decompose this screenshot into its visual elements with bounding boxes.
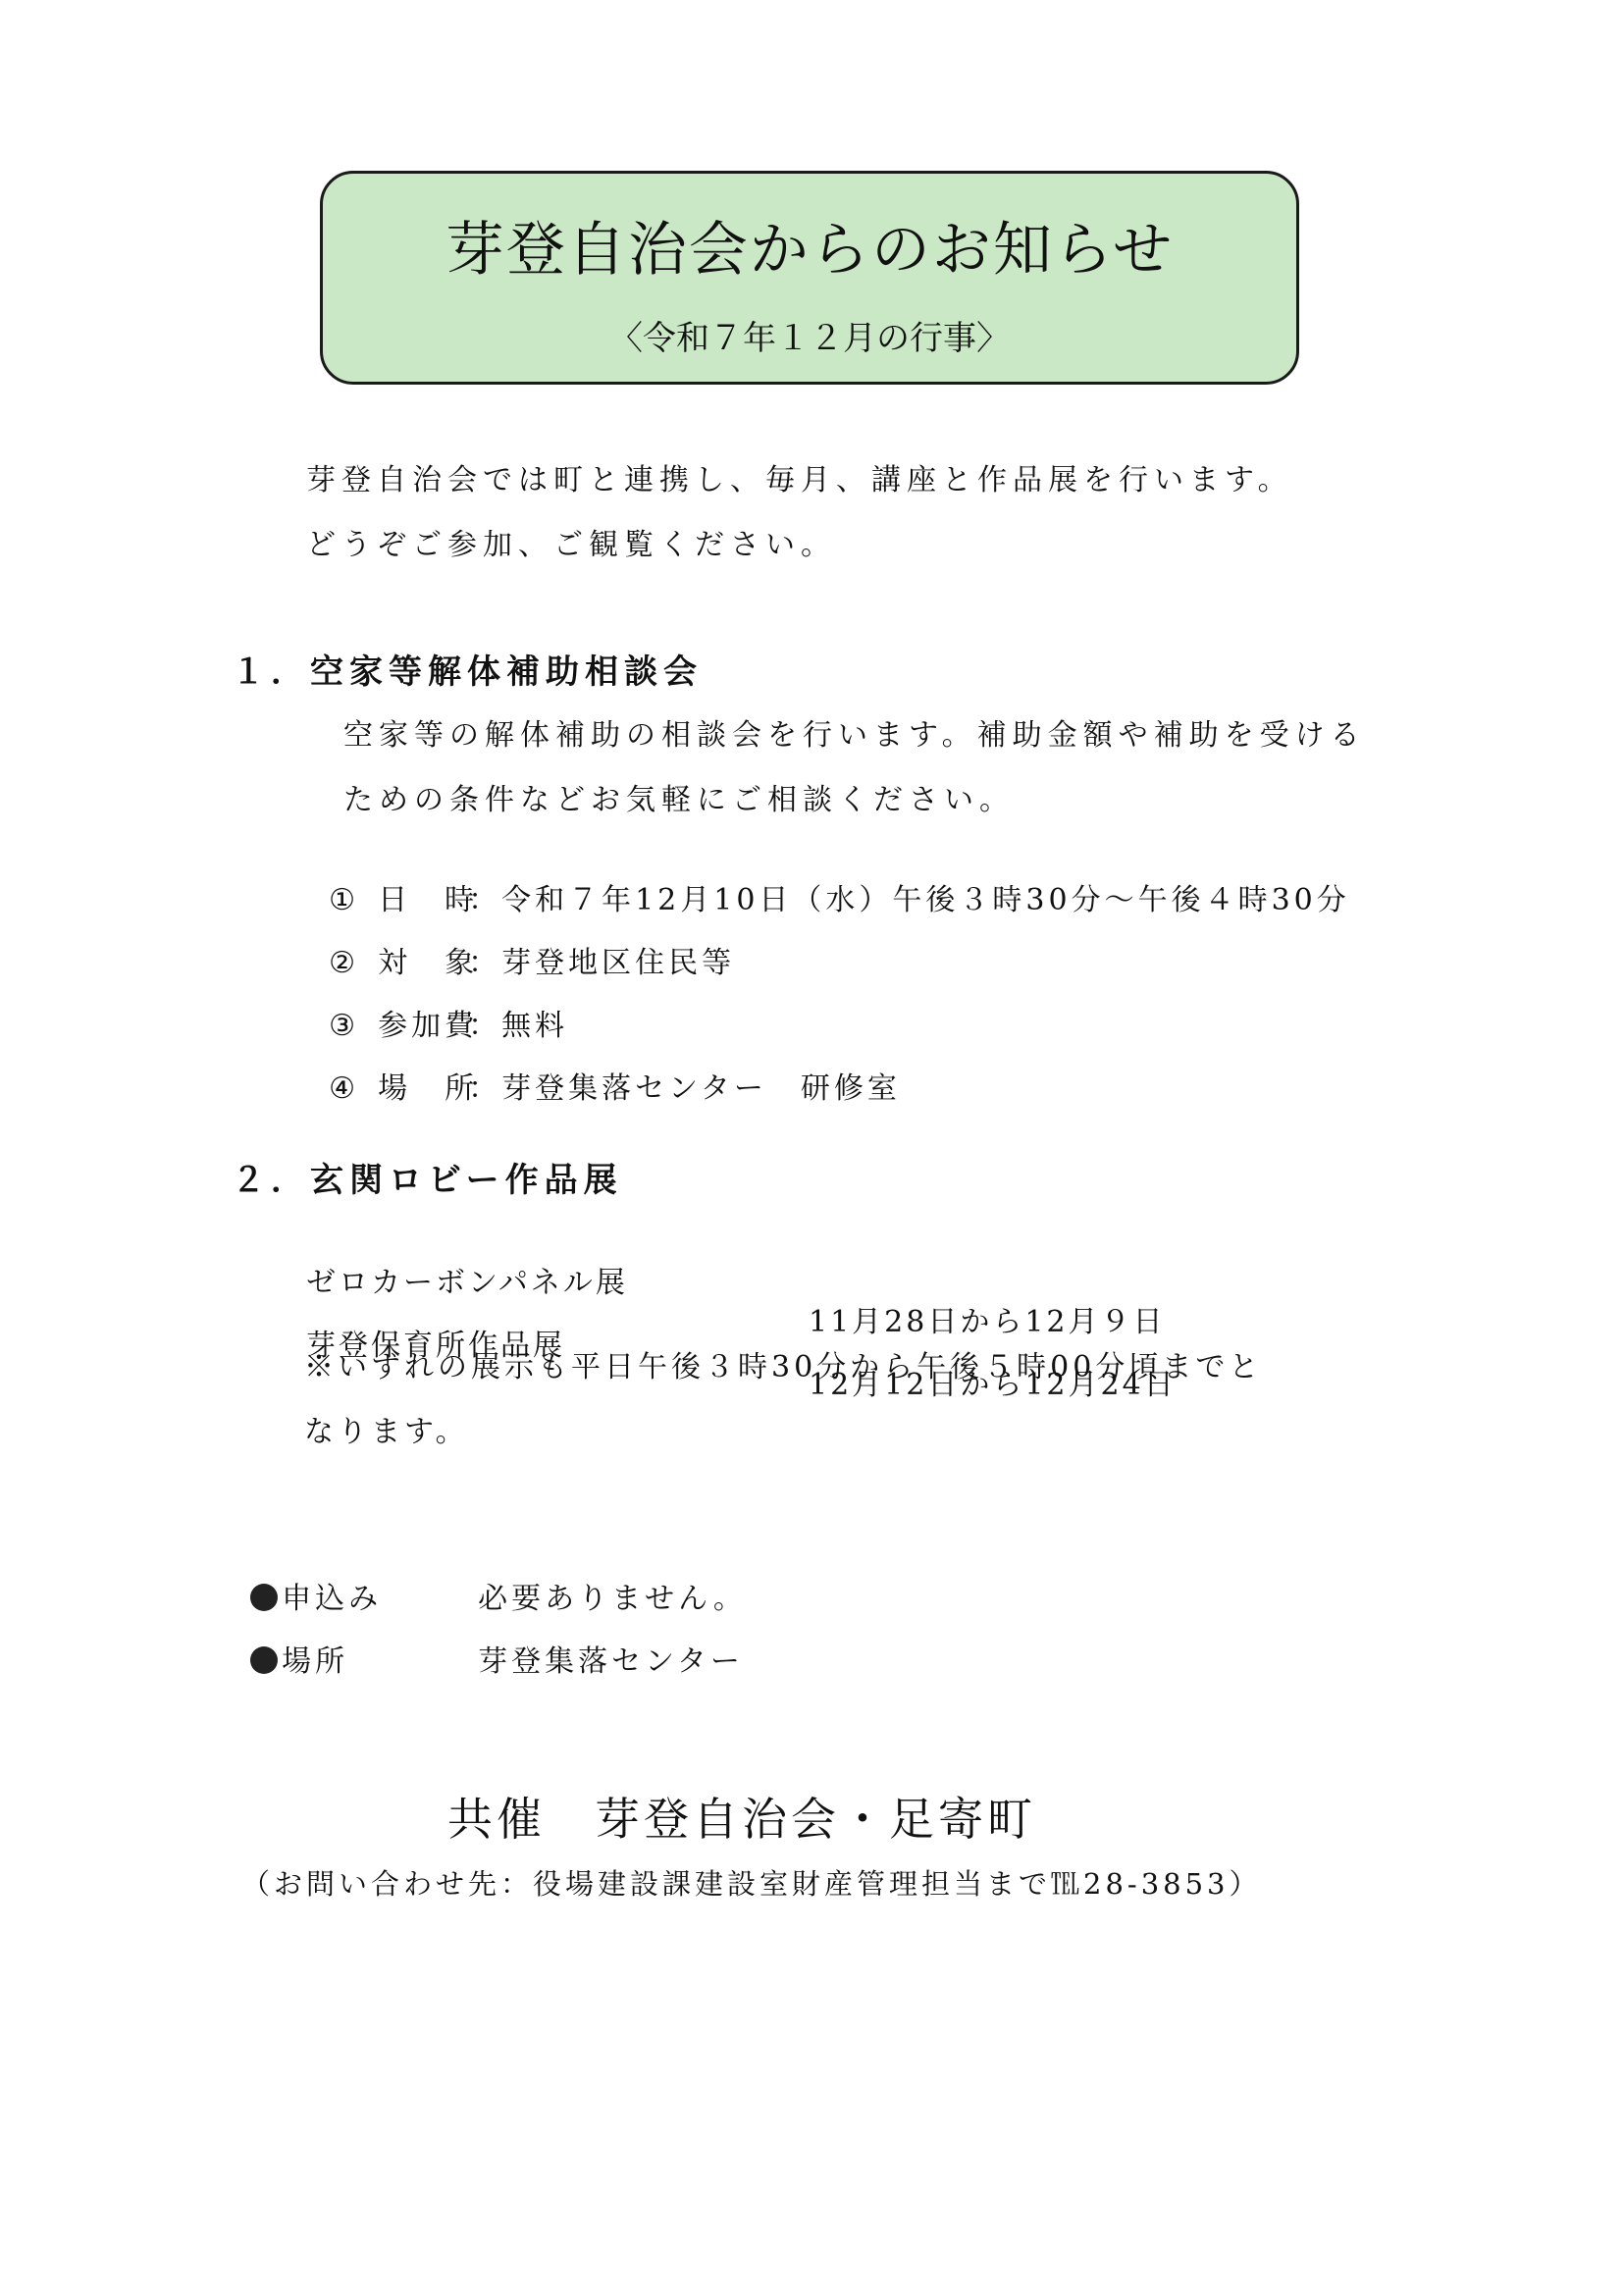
item-label: 場 所 bbox=[378, 1070, 468, 1109]
contact-line: （お問い合わせ先：役場建設課建設室財産管理担当まで℡28-3853） bbox=[241, 1864, 1262, 1904]
info-value: 芽登集落センター bbox=[478, 1644, 744, 1679]
title-banner: 芽登自治会からのお知らせ 〈令和７年１２月の行事〉 bbox=[320, 171, 1299, 385]
exhibit-name: ゼロカーボンパネル展 bbox=[306, 1264, 628, 1303]
item-value: 芽登集落センター 研修室 bbox=[501, 1071, 901, 1106]
section-1-heading: １．空家等解体補助相談会 bbox=[232, 652, 703, 693]
exhibit-period: 11月28日から12月９日 bbox=[809, 1303, 1166, 1342]
colon: ： bbox=[468, 1071, 501, 1106]
exhibit-note-line-2: なります。 bbox=[304, 1413, 469, 1452]
item-number: ④ bbox=[329, 1070, 378, 1109]
page-subtitle: 〈令和７年１２月の行事〉 bbox=[323, 319, 1296, 358]
info-row-place: 場所芽登集落センター bbox=[224, 1603, 744, 1682]
exhibit-row: 芽登保育所作品展 12月12日から12月24日 bbox=[306, 1287, 331, 1405]
intro-line-2: どうぞご参加、ご観覧ください。 bbox=[306, 526, 836, 565]
intro-line-1: 芽登自治会では町と連携し、毎月、講座と作品展を行います。 bbox=[306, 461, 1293, 500]
cohost-line: 共催 芽登自治会・足寄町 bbox=[447, 1792, 1036, 1847]
page-title: 芽登自治会からのお知らせ bbox=[323, 215, 1296, 286]
section-2-heading: ２．玄関ロビー作品展 bbox=[232, 1160, 623, 1201]
info-label: 場所 bbox=[282, 1643, 478, 1682]
section-1-desc-line-2: ための条件などお気軽にご相談ください。 bbox=[343, 781, 1015, 820]
bullet-icon bbox=[250, 1646, 278, 1674]
exhibit-note-line-1: ※いずれの展示も平日午後３時30分から午後５時00分頃までと bbox=[304, 1348, 1262, 1387]
detail-item-place: ④場 所：芽登集落センター 研修室 bbox=[302, 1030, 901, 1109]
section-1-desc-line-1: 空家等の解体補助の相談会を行います。補助金額や補助を受ける bbox=[343, 716, 1366, 756]
